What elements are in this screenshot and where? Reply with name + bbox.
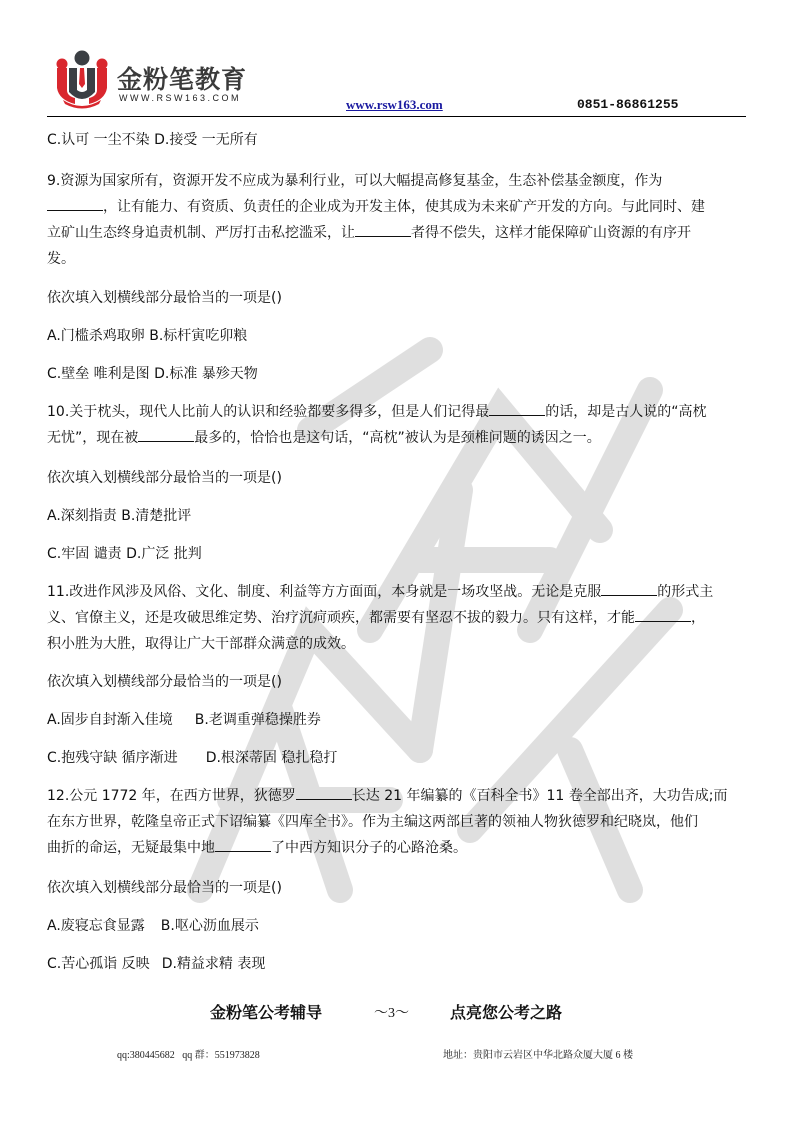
answer-options-row: C.壁垒 唯利是图 D.标准 暴殄天物 xyxy=(47,361,749,387)
question-stem-line: 12.公元 1772 年，在西方世界，狄德罗长达 21 年编纂的《百科全书》11… xyxy=(47,783,749,809)
answer-options-row: A.门槛杀鸡取卵 B.标杆寅吃卯粮 xyxy=(47,323,749,349)
question-prompt: 依次填入划横线部分最恰当的一项是() xyxy=(47,669,749,695)
question-prompt: 依次填入划横线部分最恰当的一项是() xyxy=(47,465,749,491)
answer-options-row: A.废寝忘食显露B.呕心沥血展示 xyxy=(47,913,749,939)
answer-blank xyxy=(489,401,545,416)
answer-blank xyxy=(635,607,691,622)
question-stem-line: ，让有能力、有资质、负责任的企业成为开发主体，使其成为未来矿产开发的方向。与此同… xyxy=(47,194,749,220)
answer-options-row: A.固步自封渐入佳境B.老调重弹稳操胜券 xyxy=(47,707,749,733)
question-stem-line: 11.改进作风涉及风俗、文化、制度、利益等方方面面，本身就是一场攻坚战。无论是克… xyxy=(47,579,749,605)
question-stem-line: 积小胜为大胜，取得让广大干部群众满意的成效。 xyxy=(47,631,749,657)
footer-slogan-left: 金粉笔公考辅导 xyxy=(210,1000,322,1023)
answer-blank xyxy=(296,785,352,800)
footer-slogan-right: 点亮您公考之路 xyxy=(450,1000,562,1023)
answer-blank xyxy=(355,222,411,237)
question-stem-line: 义、官僚主义，还是攻破思维定势、治疗沉疴顽疾，都需要有坚忍不拔的毅力。只有这样，… xyxy=(47,605,749,631)
brand-name: 金粉笔教育 xyxy=(117,60,247,96)
answer-options-row: C.苦心孤诣 反映D.精益求精 表现 xyxy=(47,951,749,977)
question-prompt: 依次填入划横线部分最恰当的一项是() xyxy=(47,875,749,901)
answer-blank xyxy=(601,581,657,596)
question-stem-line: 9.资源为国家所有，资源开发不应成为暴利行业，可以大幅提高修复基金，生态补偿基金… xyxy=(47,168,749,194)
question-stem-line: 发。 xyxy=(47,246,749,272)
question-prompt: 依次填入划横线部分最恰当的一项是() xyxy=(47,285,749,311)
brand-url-caption: WWW.RSW163.COM xyxy=(119,93,241,103)
footer-qq: qq:380445682 qq 群：551973828 xyxy=(117,1046,260,1061)
brand-logo-icon xyxy=(53,50,111,110)
answer-options-row: A.深刻指责 B.清楚批评 xyxy=(47,503,749,529)
answer-options-row: C.抱残守缺 循序渐进D.根深蒂固 稳扎稳打 xyxy=(47,745,749,771)
page-header: 金粉笔教育 WWW.RSW163.COM www.rsw163.com 0851… xyxy=(47,44,746,117)
website-link[interactable]: www.rsw163.com xyxy=(346,97,443,113)
answer-blank xyxy=(138,427,194,442)
answer-options-row: C.牢固 谴责 D.广泛 批判 xyxy=(47,541,749,567)
footer-address: 地址：贵阳市云岩区中华北路众厦大厦 6 楼 xyxy=(443,1046,633,1061)
question-stem-line: 曲折的命运，无疑最集中地了中西方知识分子的心路沧桑。 xyxy=(47,835,749,861)
answer-blank xyxy=(215,837,271,852)
page-number: ～3～ xyxy=(374,1002,409,1022)
question-stem-line: 立矿山生态终身追责机制、严厉打击私挖滥采，让者得不偿失，这样才能保障矿山资源的有… xyxy=(47,220,749,246)
question-stem-line: 无忧”，现在被最多的，恰恰也是这句话，“高枕”被认为是颈椎问题的诱因之一。 xyxy=(47,425,749,451)
question-stem-line: 在东方世界，乾隆皇帝正式下诏编纂《四库全书》。作为主编这两部巨著的领袖人物狄德罗… xyxy=(47,809,749,835)
question-stem-line: 10.关于枕头，现代人比前人的认识和经验都要多得多，但是人们记得最的话，却是古人… xyxy=(47,399,749,425)
answer-blank xyxy=(47,196,103,211)
phone-number: 0851-86861255 xyxy=(577,97,678,112)
previous-question-options: C.认可 一尘不染 D.接受 一无所有 xyxy=(47,127,749,153)
